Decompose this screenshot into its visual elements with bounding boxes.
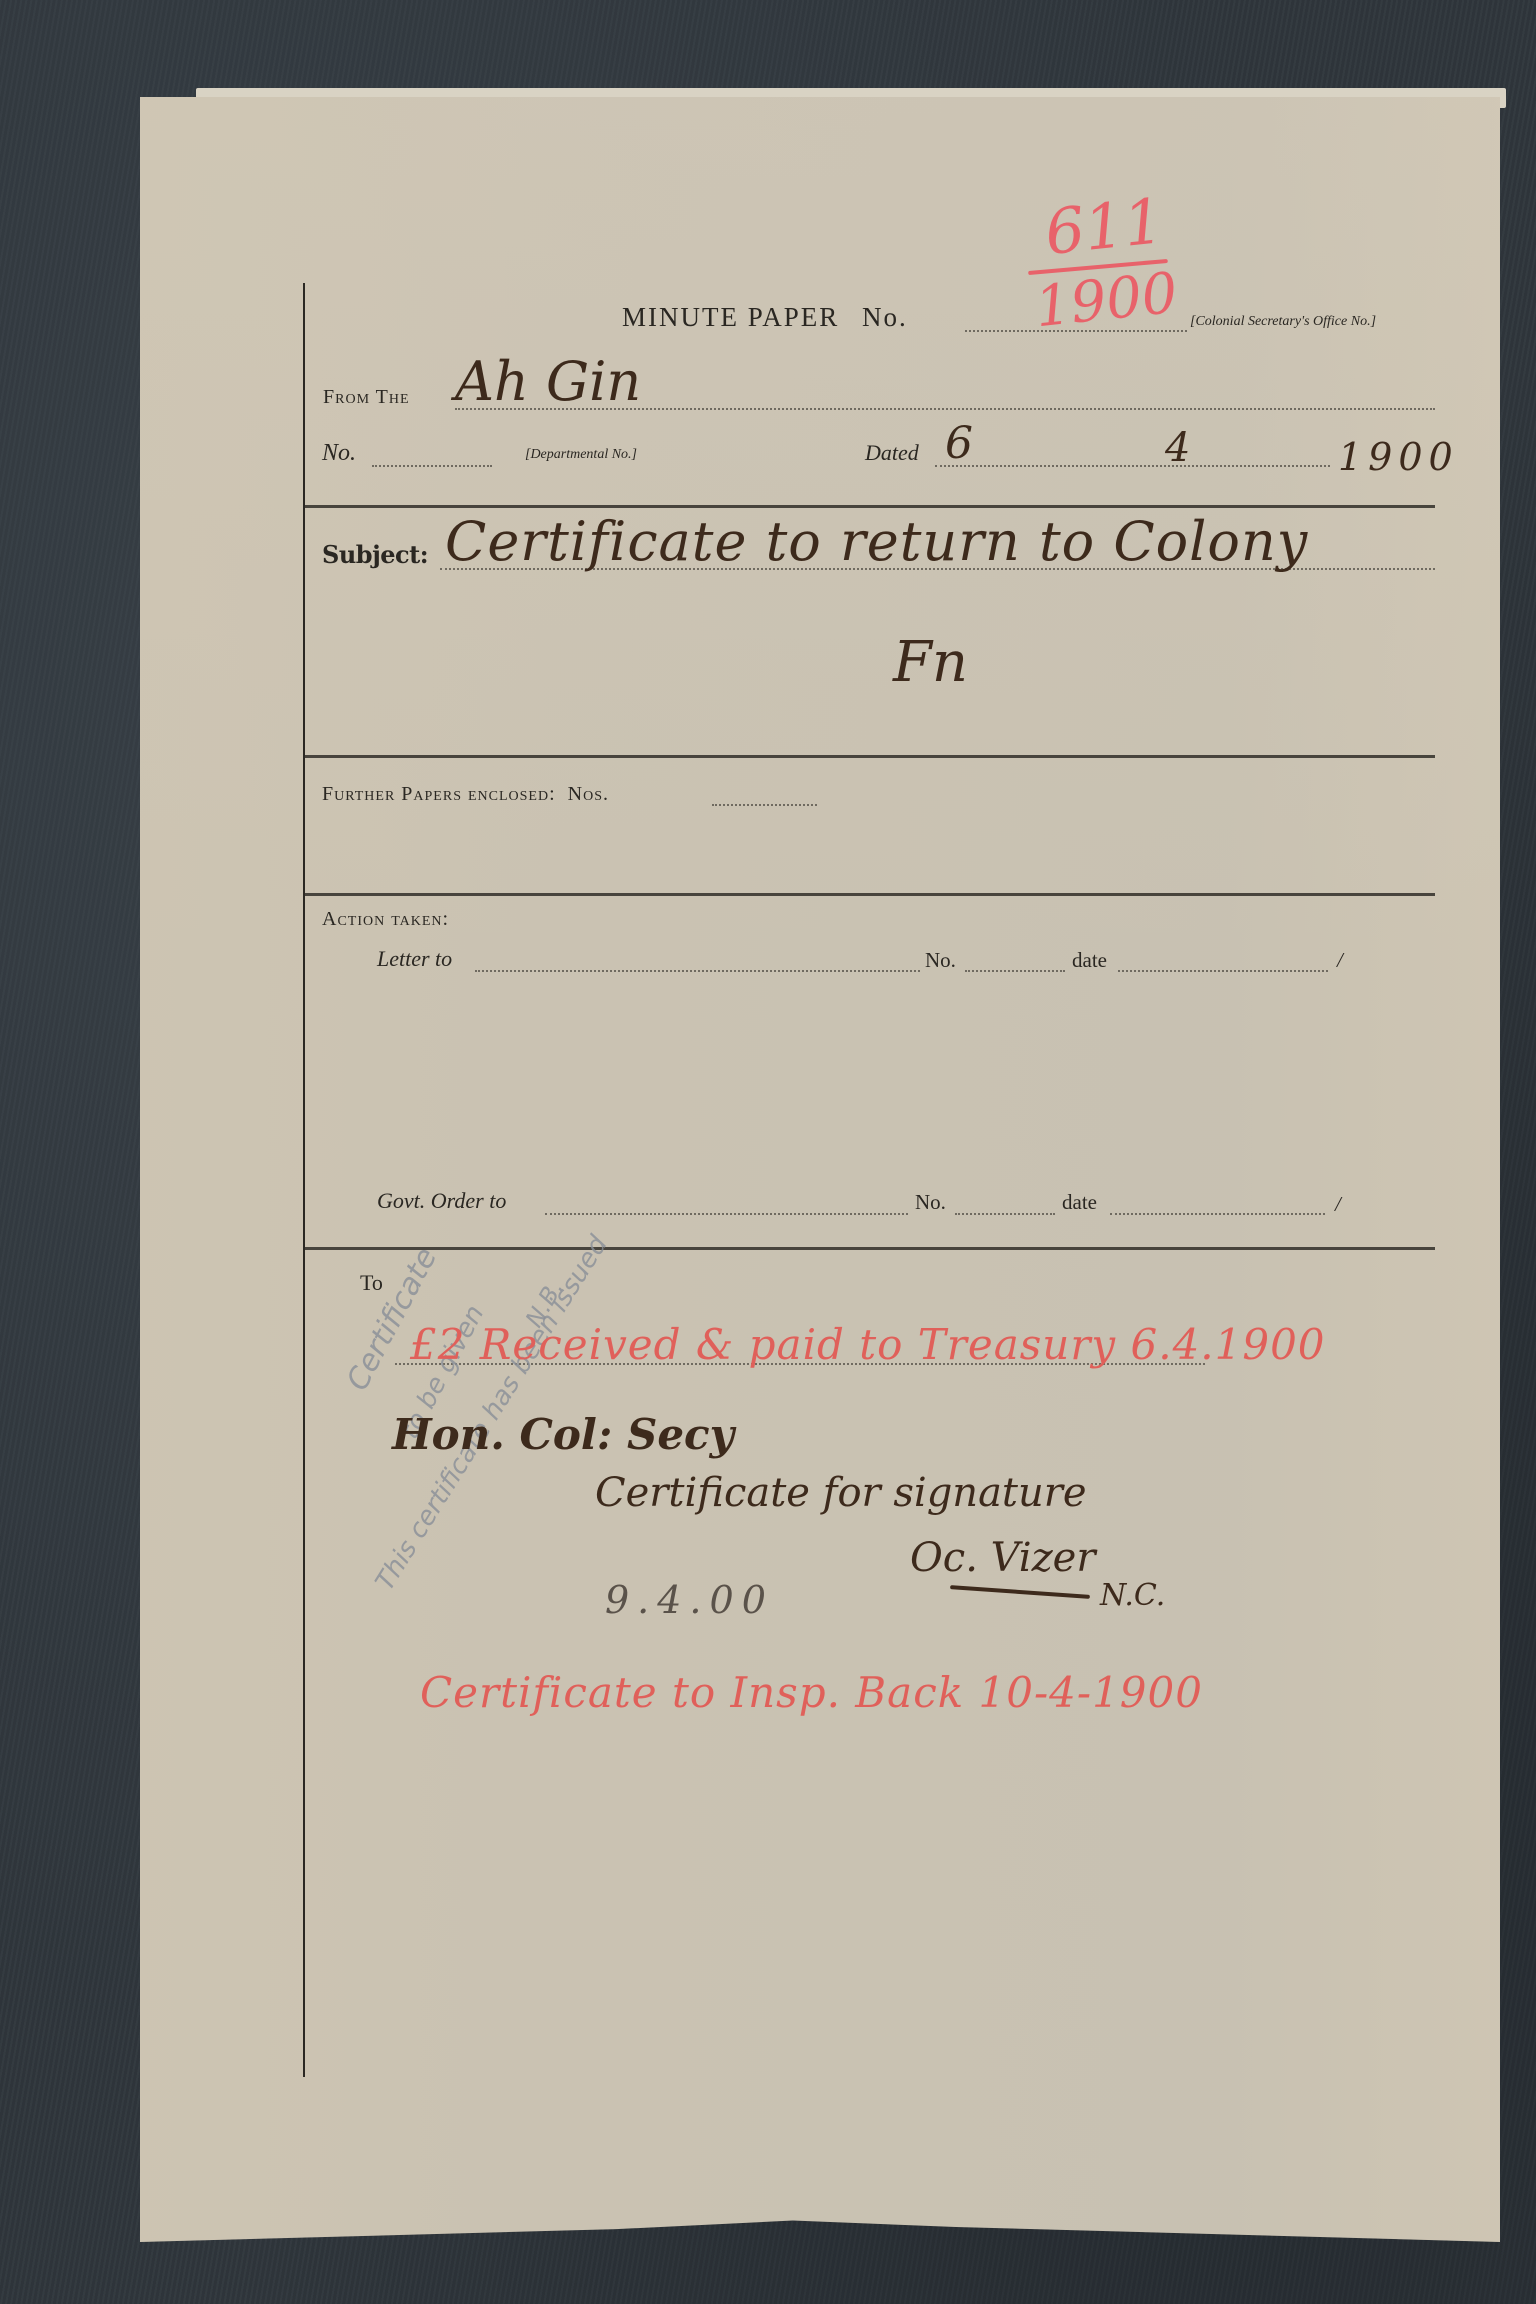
memo-addressee: Hon. Col: Secy bbox=[392, 1410, 734, 1459]
from-label: From the bbox=[323, 386, 410, 409]
dept-no-dotline bbox=[372, 465, 492, 467]
govt-order-label: Govt. Order to bbox=[377, 1188, 506, 1214]
to-label: To bbox=[360, 1270, 383, 1296]
red-note-certificate: Certificate to Insp. Back 10-4-1900 bbox=[420, 1668, 1203, 1717]
paper-number-dotline bbox=[965, 330, 1187, 332]
dated-month: 4 bbox=[1165, 425, 1190, 471]
govt-no-label: No. bbox=[915, 1190, 946, 1215]
form-title-text: MINUTE PAPER bbox=[622, 302, 839, 332]
further-papers-label: Further Papers enclosed: Nos. bbox=[322, 783, 609, 806]
further-papers-dotline bbox=[712, 804, 817, 806]
further-papers-text: Further Papers enclosed: bbox=[322, 783, 556, 805]
letter-end-mark: / bbox=[1337, 948, 1343, 973]
memo-signature-suffix: N.C. bbox=[1100, 1578, 1165, 1613]
dept-no-label: No. bbox=[322, 440, 356, 467]
rule-after-header bbox=[305, 505, 1435, 508]
dated-dotline bbox=[935, 465, 1330, 467]
govt-order-dotline bbox=[545, 1213, 908, 1215]
from-value: Ah Gin bbox=[455, 350, 641, 413]
rule-after-subject bbox=[305, 755, 1435, 758]
govt-no-dotline bbox=[955, 1213, 1055, 1215]
memo-signature: Oc. Vizer bbox=[910, 1535, 1095, 1581]
memo-body: Certificate for signature bbox=[595, 1470, 1087, 1516]
subject-value: Certificate to return to Colony bbox=[445, 510, 1308, 573]
letter-no-dotline bbox=[965, 970, 1065, 972]
rule-after-action bbox=[305, 1247, 1435, 1250]
dated-label: Dated bbox=[865, 440, 919, 466]
form-no-label: No. bbox=[862, 302, 908, 332]
govt-end-mark: / bbox=[1335, 1192, 1341, 1217]
form-title: MINUTE PAPER No. bbox=[622, 302, 908, 333]
action-taken-label: Action taken: bbox=[322, 908, 449, 931]
letter-no-label: No. bbox=[925, 948, 956, 973]
subject-label: Subject: bbox=[322, 540, 428, 569]
red-note-payment: £2 Received & paid to Treasury 6.4.1900 bbox=[410, 1320, 1326, 1369]
subject-initials: Fn bbox=[893, 630, 968, 695]
memo-date: 9.4.00 bbox=[605, 1578, 774, 1622]
minute-paper-sheet bbox=[140, 97, 1500, 2242]
dated-year: 1900 bbox=[1338, 435, 1459, 479]
rule-after-further-papers bbox=[305, 893, 1435, 896]
paper-number-top: 611 bbox=[1042, 184, 1167, 269]
dept-note: [Departmental No.] bbox=[525, 447, 637, 463]
letter-date-dotline bbox=[1118, 970, 1328, 972]
letter-date-label: date bbox=[1072, 948, 1107, 973]
office-note: [Colonial Secretary's Office No.] bbox=[1190, 314, 1376, 330]
letter-to-dotline bbox=[475, 970, 920, 972]
letter-to-label: Letter to bbox=[377, 946, 452, 972]
govt-date-label: date bbox=[1062, 1190, 1097, 1215]
govt-date-dotline bbox=[1110, 1213, 1325, 1215]
dated-day: 6 bbox=[945, 418, 973, 469]
further-papers-nos: Nos. bbox=[568, 783, 609, 805]
margin-line bbox=[303, 283, 305, 2077]
